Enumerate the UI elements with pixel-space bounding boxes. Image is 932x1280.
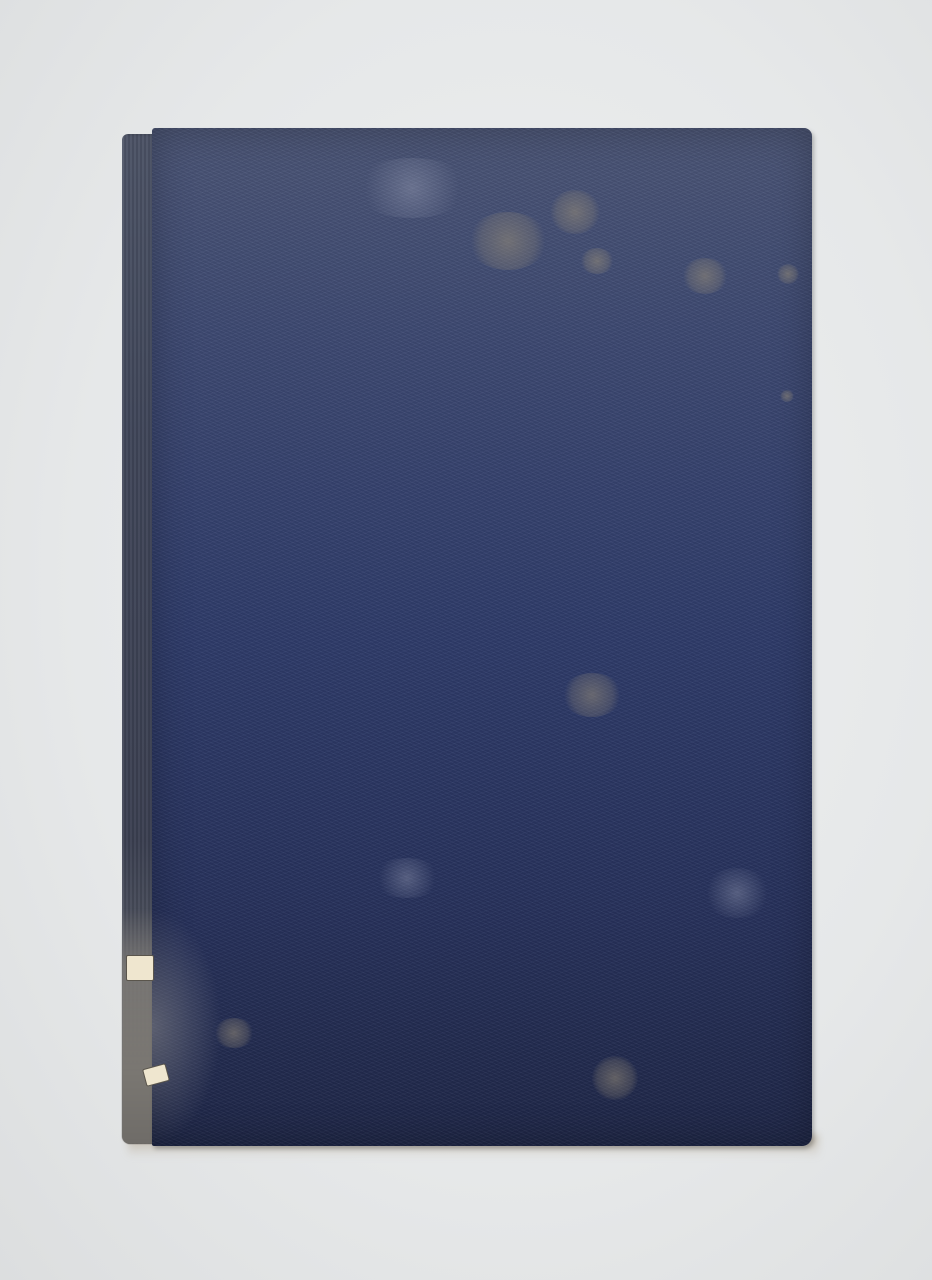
stain-bottom [592, 1056, 638, 1100]
stain-right-3 [780, 390, 794, 402]
book [122, 128, 812, 1146]
stain-lower-left [214, 1018, 254, 1048]
stain-top-1 [468, 212, 548, 270]
stain-right-2 [777, 264, 799, 284]
spine-tear-upper [126, 955, 154, 981]
stain-center [562, 673, 622, 717]
stain-top-3 [580, 248, 614, 274]
cover-edge-wear [152, 908, 222, 1146]
scuff-2 [372, 858, 442, 898]
stain-top-2 [550, 190, 600, 234]
scuff-3 [702, 868, 772, 918]
stain-right-1 [682, 258, 728, 294]
photo-scene [0, 0, 932, 1280]
scuff-1 [352, 158, 472, 218]
